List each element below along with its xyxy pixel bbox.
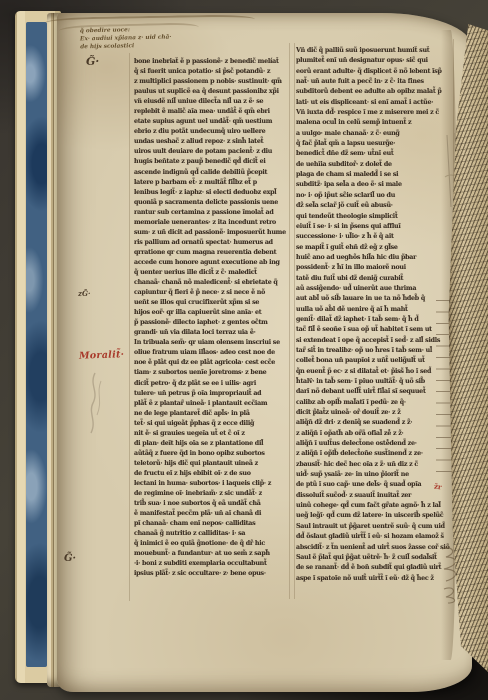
parchment-page: q̃ obedire uoce: Ex· audiui xp̃iana z· u… bbox=[57, 13, 472, 692]
ruling-line bbox=[129, 53, 130, 601]
ruling-line bbox=[289, 43, 290, 599]
header-annotation: q̃ obedire uoce: Ex· audiui xp̃iana z· u… bbox=[80, 25, 210, 52]
moralit-rubric: Moralit̃· bbox=[79, 349, 125, 362]
manuscript-photo: { "photo_colors": { "backdrop": "#3f3b35… bbox=[0, 0, 488, 700]
pencil-sketch-left bbox=[81, 371, 109, 435]
ruling-line bbox=[294, 43, 295, 599]
margin-note-upper: zG̃· bbox=[78, 289, 90, 298]
right-column-text: Vn̈ dic̃ q̃ palliũ suũ iposuerunt humit̃… bbox=[296, 46, 452, 586]
paraph-mark-top: G̃· bbox=[86, 55, 99, 68]
margin-note-lower: G̃· bbox=[64, 553, 76, 564]
marbled-endpaper bbox=[26, 22, 47, 667]
left-column-text: bone inebriat̃ ẽ p passionẽ· z benedic̃ … bbox=[134, 57, 286, 581]
